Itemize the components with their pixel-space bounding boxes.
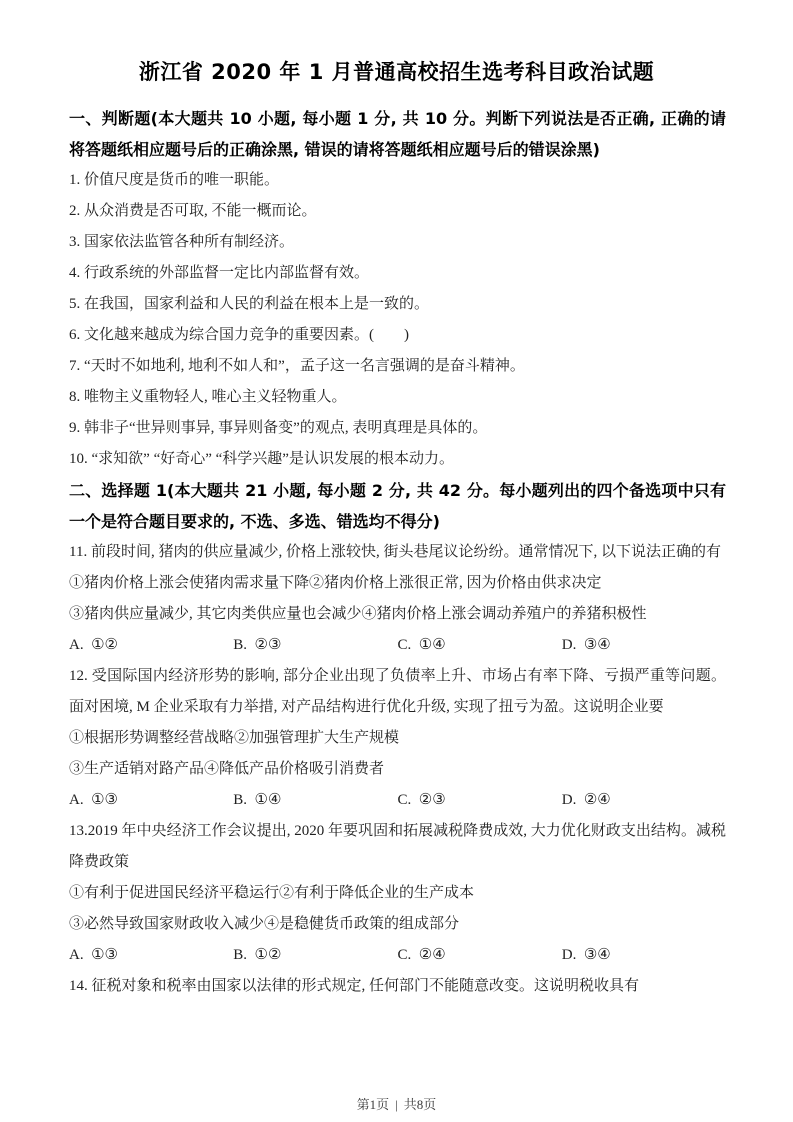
question-10: 10. “求知欲” “好奇心” “科学兴趣”是认识发展的根本动力。	[69, 444, 726, 475]
question-12-option-line-1: ①根据形势调整经营战略②加强管理扩大生产规模	[69, 723, 726, 754]
question-13-option-line-2: ③必然导致国家财政收入减少④是稳健货币政策的组成部分	[69, 909, 726, 940]
question-11-option-line-2: ③猪肉供应量减少, 其它肉类供应量也会减少④猪肉价格上涨会调动养殖户的养猪积极性	[69, 599, 726, 630]
question-7: 7. “天时不如地利, 地利不如人和”，孟子这一名言强调的是奋斗精神。	[69, 351, 726, 382]
question-11-choice-c: C. ①④	[398, 630, 562, 661]
question-11-option-line-1: ①猪肉价格上涨会使猪肉需求量下降②猪肉价格上涨很正常, 因为价格由供求决定	[69, 568, 726, 599]
question-2: 2. 从众消费是否可取, 不能一概而论。	[69, 196, 726, 227]
document-body: 一、判断题(本大题共 10 小题, 每小题 1 分, 共 10 分。判断下列说法…	[69, 103, 726, 1002]
question-12-choice-c: C. ②③	[398, 785, 562, 816]
question-13-choice-a: A. ①③	[69, 940, 233, 971]
question-14-stem: 14. 征税对象和税率由国家以法律的形式规定, 任何部门不能随意改变。这说明税收…	[69, 971, 726, 1002]
question-12-option-line-2: ③生产适销对路产品④降低产品价格吸引消费者	[69, 754, 726, 785]
question-13-option-line-1: ①有利于促进国民经济平稳运行②有利于降低企业的生产成本	[69, 878, 726, 909]
document-title: 浙江省 2020 年 1 月普通高校招生选考科目政治试题	[0, 57, 793, 87]
question-3: 3. 国家依法监管各种所有制经济。	[69, 227, 726, 258]
footer-separator: |	[395, 1097, 398, 1112]
question-11-stem: 11. 前段时间, 猪肉的供应量减少, 价格上涨较快, 街头巷尾议论纷纷。通常情…	[69, 537, 726, 568]
question-13-choice-d: D. ③④	[562, 940, 726, 971]
section-1-heading: 一、判断题(本大题共 10 小题, 每小题 1 分, 共 10 分。判断下列说法…	[69, 103, 726, 165]
footer-total-pages: 共8页	[404, 1097, 437, 1112]
question-13-choice-c: C. ②④	[398, 940, 562, 971]
question-1: 1. 价值尺度是货币的唯一职能。	[69, 165, 726, 196]
question-9: 9. 韩非子“世异则事异, 事异则备变”的观点, 表明真理是具体的。	[69, 413, 726, 444]
section-2-heading: 二、选择题 1(本大题共 21 小题, 每小题 2 分, 共 42 分。每小题列…	[69, 475, 726, 537]
question-13-choices: A. ①③ B. ①② C. ②④ D. ③④	[69, 940, 726, 971]
question-11-choice-d: D. ③④	[562, 630, 726, 661]
question-4: 4. 行政系统的外部监督一定比内部监督有效。	[69, 258, 726, 289]
footer-page-number: 第1页	[357, 1097, 390, 1112]
question-12-choice-b: B. ①④	[233, 785, 397, 816]
question-13-choice-b: B. ①②	[233, 940, 397, 971]
question-6: 6. 文化越来越成为综合国力竞争的重要因素。( )	[69, 320, 726, 351]
question-5: 5. 在我国，国家利益和人民的利益在根本上是一致的。	[69, 289, 726, 320]
question-13-stem: 13.2019 年中央经济工作会议提出, 2020 年要巩固和拓展减税降费成效,…	[69, 816, 726, 878]
exam-paper-page: 浙江省 2020 年 1 月普通高校招生选考科目政治试题 一、判断题(本大题共 …	[0, 0, 793, 1122]
question-12-choice-d: D. ②④	[562, 785, 726, 816]
page-footer: 第1页|共8页	[0, 1096, 793, 1114]
question-11-choices: A. ①② B. ②③ C. ①④ D. ③④	[69, 630, 726, 661]
question-8: 8. 唯物主义重物轻人, 唯心主义轻物重人。	[69, 382, 726, 413]
question-11-choice-a: A. ①②	[69, 630, 233, 661]
question-12-choice-a: A. ①③	[69, 785, 233, 816]
question-11-choice-b: B. ②③	[233, 630, 397, 661]
question-12-choices: A. ①③ B. ①④ C. ②③ D. ②④	[69, 785, 726, 816]
question-12-stem: 12. 受国际国内经济形势的影响, 部分企业出现了负债率上升、市场占有率下降、亏…	[69, 661, 726, 723]
